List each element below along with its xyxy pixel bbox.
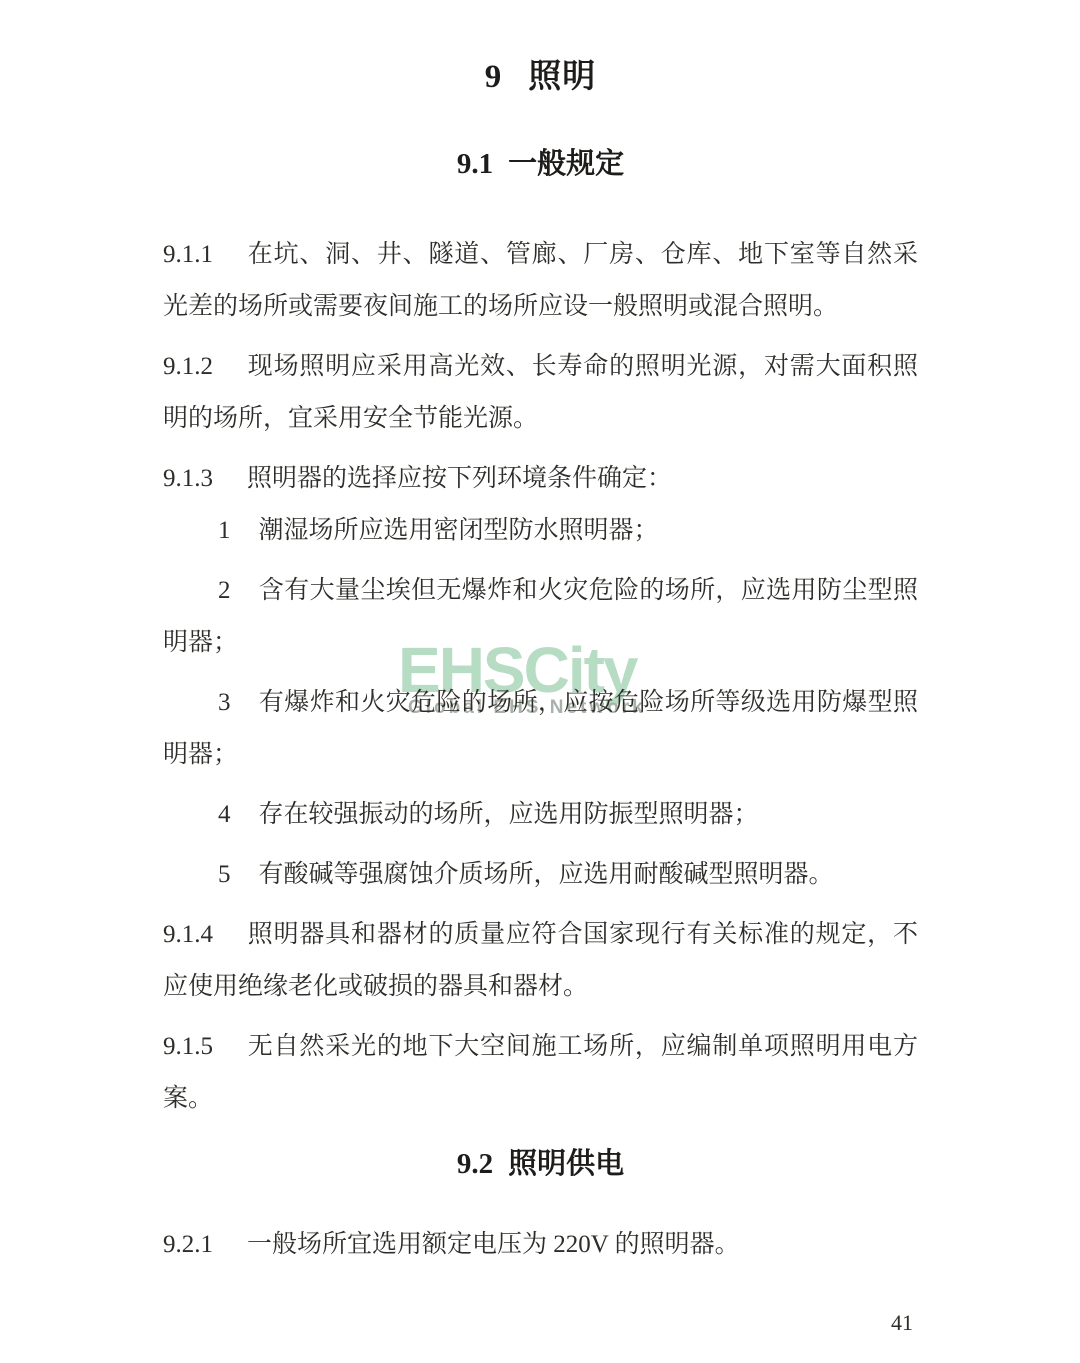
clause-9-1-3-item-4: 4存在较强振动的场所，应选用防振型照明器； [163, 789, 918, 841]
clause-text: 照明器的选择应按下列环境条件确定： [247, 465, 672, 492]
item-number: 1 [218, 517, 231, 544]
document-page: EHSCity Global EHS Network 9照明 9.1一般规定 9… [0, 0, 1080, 1363]
clause-9-1-3: 9.1.3照明器的选择应按下列环境条件确定： [163, 453, 918, 505]
clause-9-1-3-item-5: 5有酸碱等强腐蚀介质场所，应选用耐酸碱型照明器。 [163, 849, 918, 901]
clause-9-1-3-item-2: 2含有大量尘埃但无爆炸和火灾危险的场所，应选用防尘型照明器； [163, 565, 918, 669]
clause-9-1-4: 9.1.4照明器具和器材的质量应符合国家现行有关标准的规定，不应使用绝缘老化或破… [163, 909, 918, 1013]
section-title-text: 一般规定 [508, 148, 624, 180]
page-content: 9照明 9.1一般规定 9.1.1在坑、洞、井、隧道、管廊、厂房、仓库、地下室等… [0, 0, 1080, 1271]
section-title-text: 照明供电 [508, 1148, 624, 1180]
clause-9-1-5: 9.1.5无自然采光的地下大空间施工场所，应编制单项照明用电方案。 [163, 1021, 918, 1125]
chapter-title-text: 照明 [528, 59, 596, 95]
section-9-2-body: 9.2.1一般场所宜选用额定电压为 220V 的照明器。 [163, 1219, 918, 1271]
clause-text: 照明器具和器材的质量应符合国家现行有关标准的规定，不应使用绝缘老化或破损的器具和… [163, 921, 918, 1000]
clause-9-1-1: 9.1.1在坑、洞、井、隧道、管廊、厂房、仓库、地下室等自然采光差的场所或需要夜… [163, 229, 918, 333]
clause-number: 9.1.5 [163, 1033, 213, 1060]
clause-number: 9.1.1 [163, 241, 213, 268]
item-text: 有爆炸和火灾危险的场所，应按危险场所等级选用防爆型照明器； [163, 689, 918, 768]
clause-text: 一般场所宜选用额定电压为 220V 的照明器。 [247, 1231, 740, 1258]
clause-number: 9.1.4 [163, 921, 213, 948]
clause-9-2-1: 9.2.1一般场所宜选用额定电压为 220V 的照明器。 [163, 1219, 918, 1271]
item-number: 2 [218, 577, 231, 604]
item-number: 5 [218, 861, 231, 888]
clause-number: 9.1.3 [163, 465, 213, 492]
item-text: 潮湿场所应选用密闭型防水照明器； [259, 517, 659, 544]
clause-text: 无自然采光的地下大空间施工场所，应编制单项照明用电方案。 [163, 1033, 918, 1112]
section-9-1-body: 9.1.1在坑、洞、井、隧道、管廊、厂房、仓库、地下室等自然采光差的场所或需要夜… [163, 229, 918, 1125]
clause-9-1-3-item-3: 3有爆炸和火灾危险的场所，应按危险场所等级选用防爆型照明器； [163, 677, 918, 781]
item-number: 3 [218, 689, 231, 716]
clause-text: 现场照明应采用高光效、长寿命的照明光源，对需大面积照明的场所，宜采用安全节能光源… [163, 353, 918, 432]
section-number: 9.1 [457, 148, 493, 180]
item-text: 存在较强振动的场所，应选用防振型照明器； [259, 801, 759, 828]
chapter-title: 9照明 [163, 58, 918, 96]
clause-text: 在坑、洞、井、隧道、管廊、厂房、仓库、地下室等自然采光差的场所或需要夜间施工的场… [163, 241, 918, 320]
item-number: 4 [218, 801, 231, 828]
section-heading-9-2: 9.2照明供电 [163, 1148, 918, 1181]
section-number: 9.2 [457, 1148, 493, 1180]
chapter-number: 9 [485, 59, 503, 95]
item-text: 有酸碱等强腐蚀介质场所，应选用耐酸碱型照明器。 [259, 861, 834, 888]
clause-number: 9.1.2 [163, 353, 213, 380]
section-heading-9-1: 9.1一般规定 [163, 148, 918, 181]
clause-9-1-3-item-1: 1潮湿场所应选用密闭型防水照明器； [163, 505, 918, 557]
clause-number: 9.2.1 [163, 1231, 213, 1258]
page-number: 41 [891, 1310, 913, 1336]
clause-9-1-2: 9.1.2现场照明应采用高光效、长寿命的照明光源，对需大面积照明的场所，宜采用安… [163, 341, 918, 445]
item-text: 含有大量尘埃但无爆炸和火灾危险的场所，应选用防尘型照明器； [163, 577, 918, 656]
